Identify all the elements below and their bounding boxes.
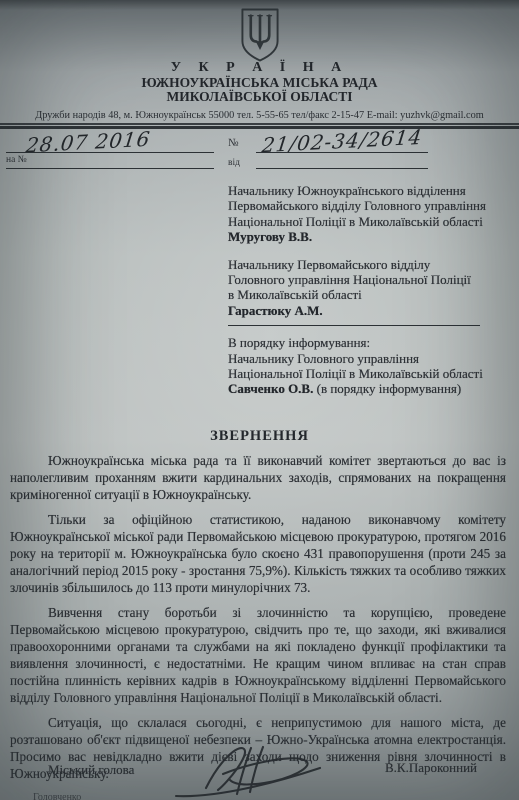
recipient-name: Савченко О.В. [228,381,313,396]
paragraph: Южноукраїнська міська рада та її виконав… [10,452,506,503]
recipient-name-row: Савченко О.В. (в порядку інформування) [228,381,490,396]
number-label: № [228,137,239,149]
reply-to-number-underline [6,168,214,169]
recipient-1: Начальнику Южноукраїнського відділення П… [228,183,490,245]
recipient-line: в Миколаївській області [228,287,490,302]
recipients-separator-line [228,325,480,326]
handwritten-signature [168,740,328,800]
recipient-name: Гарастюку А.М. [228,303,490,318]
from-date-label: від [228,158,240,168]
recipient-line: Національної Поліції в Миколаївській обл… [228,214,490,229]
recipient-name-suffix: (в порядку інформування) [313,381,461,396]
header-rule-thick [0,126,519,129]
recipient-line: Начальнику Головного управління [228,351,490,366]
paragraph: Вивчення стану боротьби зі злочинністю т… [10,604,506,706]
recipient-2: Начальнику Первомайського відділу Головн… [228,257,490,319]
from-date-underline [256,168,428,169]
country-heading: У К Р А Ї Н А [0,60,519,76]
signer-position: Міський голова [48,762,134,778]
address-line: Дружби народів 48, м. Южноукраїнськ 5500… [0,110,519,121]
date-underline [6,152,214,153]
recipient-line: Начальнику Первомайського відділу [228,257,490,272]
recipients-block: Начальнику Южноукраїнського відділення П… [228,183,490,397]
scanned-letter-page: У К Р А Ї Н А ЮЖНОУКРАЇНСЬКА МІСЬКА РАДА… [0,0,519,800]
info-copy-intro: В порядку інформування: [228,335,490,350]
paragraph: Тільки за офіційною статистикою, наданою… [10,511,506,596]
recipient-line: Первомайського відділу Головного управлі… [228,198,490,213]
info-copy-block: В порядку інформування: Начальнику Голов… [228,335,490,397]
header-rule-thin [0,123,519,125]
reply-to-number-label: на № [6,155,27,165]
executor-name-cutoff: Головченко [33,792,81,800]
region-heading: МИКОЛАЇВСЬКОЇ ОБЛАСТІ [0,89,519,105]
number-underline [256,152,428,153]
spacer [228,245,490,257]
letter-title: ЗВЕРНЕННЯ [0,428,519,445]
signer-name: В.К.Пароконний [385,760,477,776]
recipient-line: Головного управління Національної Поліці… [228,272,490,287]
recipient-line: Національної Поліції в Миколаївській обл… [228,366,490,381]
recipient-line: Начальнику Южноукраїнського відділення [228,183,490,198]
recipient-name: Муругову В.В. [228,229,490,244]
